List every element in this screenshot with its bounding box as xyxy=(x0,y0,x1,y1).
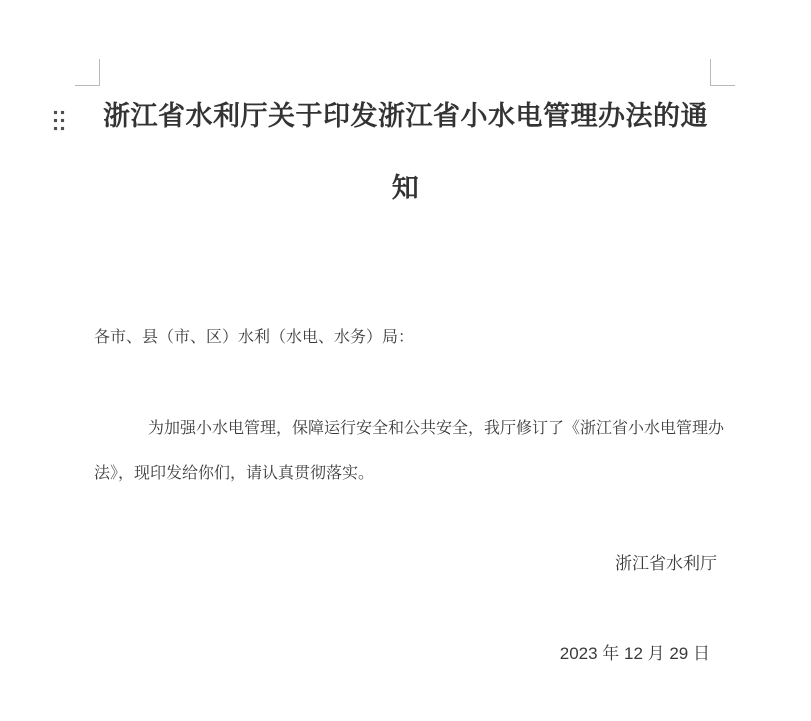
document-page: 浙江省水利厅关于印发浙江省小水电管理办法的通知 各市、县（市、区）水利（水电、水… xyxy=(0,0,811,721)
title-block: 浙江省水利厅关于印发浙江省小水电管理办法的通知 xyxy=(0,80,811,224)
body-paragraph[interactable]: 为加强小水电管理，保障运行安全和公共安全，我厅修订了《浙江省小水电管理办法》，现… xyxy=(94,406,724,496)
notice-title[interactable]: 浙江省水利厅关于印发浙江省小水电管理办法的通知 xyxy=(100,80,712,224)
signature-line[interactable]: 浙江省水利厅 xyxy=(94,541,717,586)
date-line[interactable]: 2023 年 12 月 29 日 xyxy=(94,631,710,676)
salutation-line[interactable]: 各市、县（市、区）水利（水电、水务）局： xyxy=(94,315,414,360)
